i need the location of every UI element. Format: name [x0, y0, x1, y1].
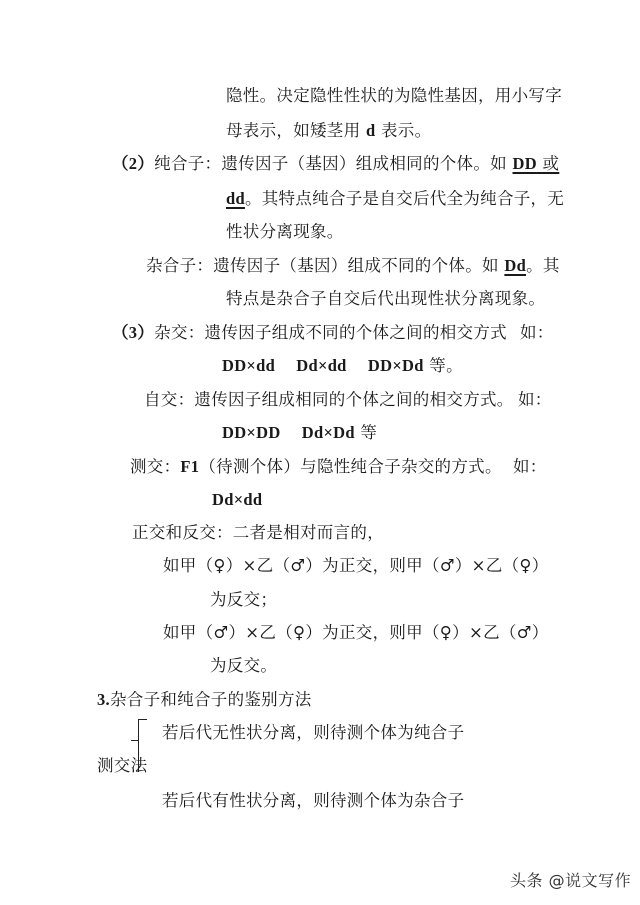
text: 或	[537, 154, 559, 173]
text: 如：	[520, 323, 554, 342]
text: 如：	[518, 390, 552, 409]
watermark: 头条 @说文写作	[510, 868, 631, 891]
genotype-examples: DD×DD Dd×Dd	[222, 423, 355, 442]
genotype-examples: Dd×dd	[212, 490, 262, 509]
testcross-examples: Dd×dd	[212, 489, 262, 511]
homozygote-line-1: （2）纯合子：遗传因子（基因）组成相同的个体。如 DD 或	[112, 153, 559, 175]
cross-example-label: 如：	[520, 322, 554, 344]
testcross-example-label: 如：	[513, 456, 547, 478]
text: 若后代有性状分离，则待测个体为杂合子	[162, 791, 464, 810]
brace-tick	[131, 740, 139, 741]
text: 杂交：遗传因子组成不同的个体之间的相交方式	[154, 323, 507, 342]
recessive-line-2: 母表示，如矮茎用 d 表示。	[226, 120, 431, 142]
text: 母表示，如矮茎用	[226, 121, 366, 140]
cross-examples: DD×dd Dd×dd DD×Dd 等。	[222, 355, 463, 377]
item-number: （2）	[112, 154, 154, 173]
text: 为反交；	[210, 590, 277, 609]
reciprocal-case1-line1: 如甲（♀）×乙（♂）为正交，则甲（♂）×乙（♀）	[163, 555, 549, 577]
gene-symbol: dd	[226, 189, 245, 208]
text: 如甲（♂）×乙（♀）为正交，则甲（♀）×乙（♂）	[163, 623, 549, 642]
text: 。其特点纯合子是自交后代全为纯合子，无	[245, 189, 564, 208]
selfing-line: 自交：遗传因子组成相同的个体之间的相交方式。	[144, 389, 514, 411]
selfing-examples: DD×DD Dd×Dd 等	[222, 422, 377, 444]
reciprocal-title: 正交和反交：二者是相对而言的，	[132, 522, 384, 544]
text: 如甲（♀）×乙（♂）为正交，则甲（♂）×乙（♀）	[163, 556, 549, 575]
gene-symbol: d	[366, 121, 375, 140]
text: 自交：遗传因子组成相同的个体之间的相交方式。	[144, 390, 514, 409]
f1-symbol: F1	[180, 457, 199, 476]
text: 杂合子：遗传因子（基因）组成不同的个体。如	[146, 256, 504, 275]
item-number: （3）	[112, 323, 154, 342]
section-number: 3.	[97, 690, 110, 709]
text: 表示。	[375, 121, 431, 140]
homozygote-line-2: dd。其特点纯合子是自交后代全为纯合子，无	[226, 188, 564, 210]
result-segregation: 若后代有性状分离，则待测个体为杂合子	[162, 790, 464, 812]
heterozygote-line-2: 特点是杂合子自交后代出现性状分离现象。	[226, 288, 545, 310]
text: 等	[355, 423, 377, 442]
method-testcross: 测交法	[97, 755, 147, 777]
reciprocal-case1-line2: 为反交；	[210, 589, 277, 611]
gene-symbol: Dd	[504, 256, 526, 275]
text: 测交法	[97, 756, 147, 775]
testcross-line: 测交：F1（待测个体）与隐性纯合子杂交的方式。	[130, 456, 502, 478]
text: 为反交。	[210, 656, 277, 675]
text: 等。	[424, 356, 463, 375]
text: 纯合子：遗传因子（基因）组成相同的个体。如	[154, 154, 512, 173]
text: 性状分离现象。	[226, 222, 344, 241]
recessive-line-1: 隐性。决定隐性性状的为隐性基因，用小写字	[226, 85, 562, 107]
section-3-heading: 3.杂合子和纯合子的鉴别方法	[97, 689, 312, 711]
gene-symbol: DD	[513, 154, 537, 173]
text: 如：	[513, 457, 547, 476]
text: （待测个体）与隐性纯合子杂交的方式。	[199, 457, 501, 476]
homozygote-line-3: 性状分离现象。	[226, 221, 344, 243]
text: 正交和反交：二者是相对而言的，	[132, 523, 384, 542]
genotype-examples: DD×dd Dd×dd DD×Dd	[222, 356, 424, 375]
text: 隐性。决定隐性性状的为隐性基因，用小写字	[226, 86, 562, 105]
text: 。其	[526, 256, 560, 275]
text: 测交：	[130, 457, 180, 476]
cross-line: （3）杂交：遗传因子组成不同的个体之间的相交方式	[112, 322, 507, 344]
heterozygote-line-1: 杂合子：遗传因子（基因）组成不同的个体。如 Dd。其	[146, 255, 560, 277]
result-no-segregation: 若后代无性状分离，则待测个体为纯合子	[162, 722, 464, 744]
selfing-example-label: 如：	[518, 389, 552, 411]
reciprocal-case2-line2: 为反交。	[210, 655, 277, 677]
reciprocal-case2-line1: 如甲（♂）×乙（♀）为正交，则甲（♀）×乙（♂）	[163, 622, 549, 644]
section-title: 杂合子和纯合子的鉴别方法	[110, 690, 312, 709]
text: 若后代无性状分离，则待测个体为纯合子	[162, 723, 464, 742]
text: 特点是杂合子自交后代出现性状分离现象。	[226, 289, 545, 308]
